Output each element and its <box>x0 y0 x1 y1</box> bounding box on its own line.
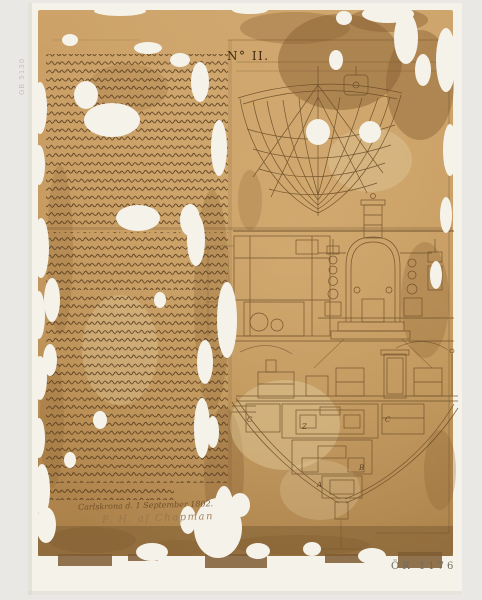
sheet-number: N° II. <box>227 49 270 63</box>
artwork-canvas <box>0 0 482 600</box>
drawing-label-c-right: C <box>385 416 390 424</box>
drawing-label-c-left: C <box>247 416 252 424</box>
inventory-number: ÖR 1176 <box>391 561 456 572</box>
drawing-label-b: B <box>359 464 364 472</box>
archival-drawing-photo: N° II. Carlskrona d. 1 September 1802. F… <box>0 0 482 600</box>
mat-left-shadow <box>28 3 32 595</box>
drawing-label-a: A <box>317 481 322 489</box>
drawing-label-z: Z <box>302 423 307 431</box>
margin-note: GB 5130 <box>18 58 26 95</box>
mat-bottom-shadow <box>28 591 462 595</box>
